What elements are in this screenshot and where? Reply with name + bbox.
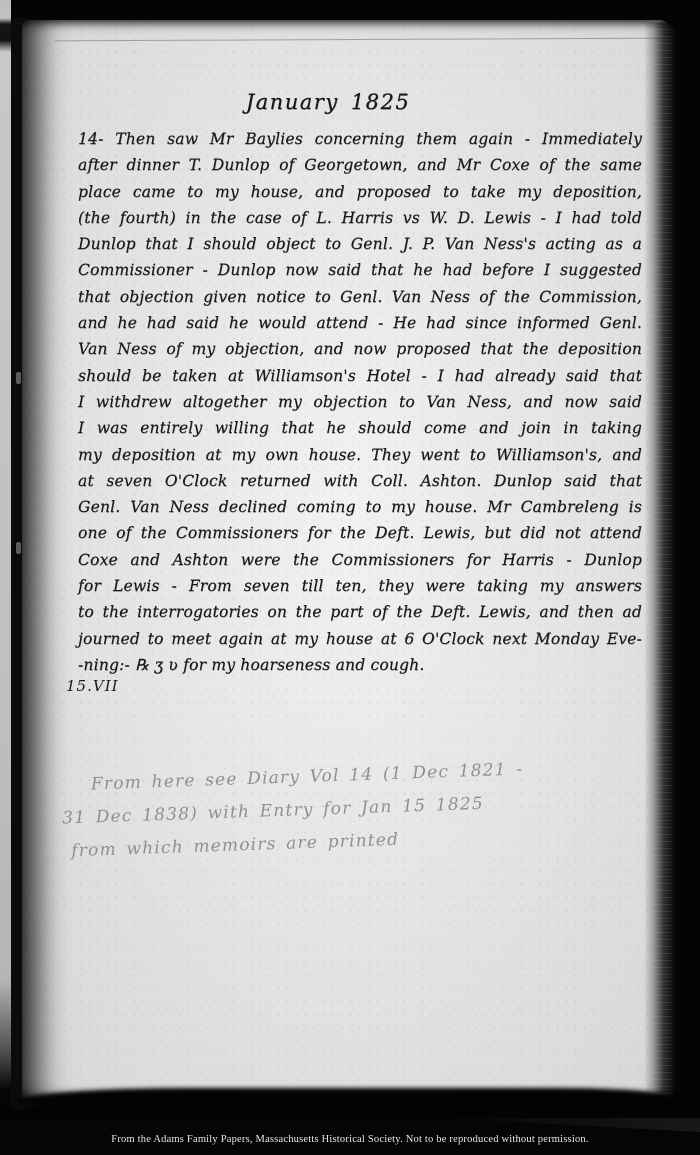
manuscript-line: journed to meet again at my house at 6 O…: [78, 626, 642, 652]
manuscript-line: after dinner T. Dunlop of Georgetown, an…: [78, 152, 642, 178]
manuscript-line: 14- Then saw Mr Baylies concerning them …: [78, 126, 642, 152]
manuscript-line: Dunlop that I should object to Genl. J. …: [78, 231, 642, 257]
manuscript-line: to the interrogatories on the part of th…: [78, 599, 642, 625]
manuscript-line: I withdrew altogether my objection to Va…: [78, 389, 642, 415]
manuscript-line: Van Ness of my objection, and now propos…: [78, 336, 642, 362]
manuscript-line: (the fourth) in the case of L. Harris vs…: [78, 205, 642, 231]
manuscript-line: for Lewis - From seven till ten, they we…: [78, 573, 642, 599]
manuscript-scan-photo: January 1825 14- Then saw Mr Baylies con…: [0, 0, 700, 1155]
archive-caption: From the Adams Family Papers, Massachuse…: [0, 1134, 700, 1145]
manuscript-line: one of the Commissioners for the Deft. L…: [78, 520, 642, 546]
entry-heading: January 1825: [78, 90, 578, 114]
diary-entry-text: 14- Then saw Mr Baylies concerning them …: [78, 126, 642, 678]
manuscript-line: Genl. Van Ness declined coming to my hou…: [78, 494, 642, 520]
adjacent-page-edge: [0, 0, 11, 1100]
manuscript-line: Coxe and Ashton were the Commissioners f…: [78, 547, 642, 573]
entry-footer-mark: 15.VII: [66, 677, 119, 695]
page-bottom-edge: [16, 1088, 676, 1114]
binding-stitch: [16, 542, 21, 554]
manuscript-line: Commissioner - Dunlop now said that he h…: [78, 257, 642, 283]
manuscript-line: I was entirely willing that he should co…: [78, 415, 642, 441]
manuscript-line: place came to my house, and proposed to …: [78, 179, 642, 205]
binding-stitch: [16, 372, 21, 384]
manuscript-line: my deposition at my own house. They went…: [78, 442, 642, 468]
manuscript-line: -ning:- ℞ ʒ ʋ for my hoarseness and coug…: [78, 652, 642, 678]
manuscript-line: should be taken at Williamson's Hotel - …: [78, 363, 642, 389]
archivist-pencil-note: From here see Diary Vol 14 (1 Dec 1821 -…: [60, 751, 608, 869]
manuscript-line: at seven O'Clock returned with Coll. Ash…: [78, 468, 642, 494]
manuscript-line: that objection given notice to Genl. Van…: [78, 284, 642, 310]
page-fore-edge: [644, 22, 676, 1104]
manuscript-line: and he had said he would attend - He had…: [78, 310, 642, 336]
